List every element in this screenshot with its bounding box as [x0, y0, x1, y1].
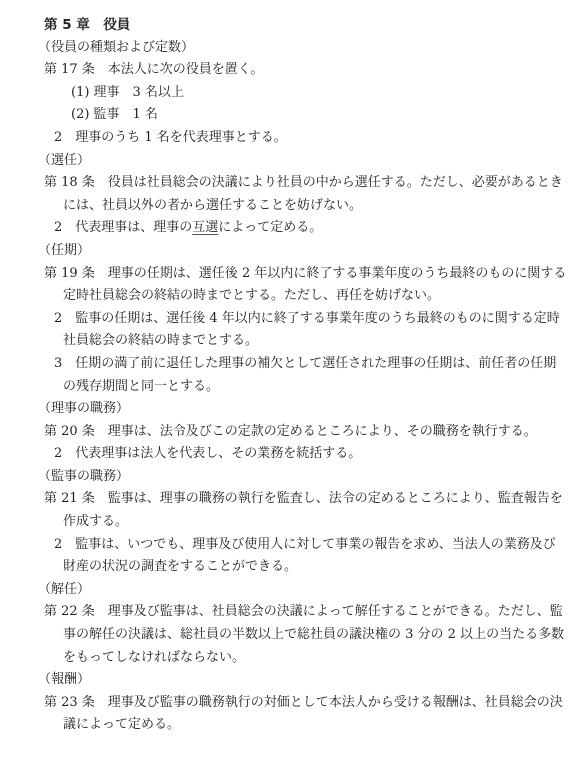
text-segment: 財産の状況の調査をすることができる。	[63, 559, 297, 574]
text-segment: 作成する。	[63, 514, 128, 529]
article-19-para-2-line-2: 社員総会の終結の時までとする。	[0, 330, 571, 353]
text-segment: 第 17 条 本法人に次の役員を置く。	[44, 62, 264, 77]
document-body: 第 5 章 役員（役員の種類および定数）第 17 条 本法人に次の役員を置く。(…	[0, 14, 571, 737]
text-segment: 第 21 条 監事は、理事の職務の執行を監査し、法令の定めるところにより、監査報…	[44, 491, 563, 506]
article-21-line-2: 作成する。	[0, 511, 571, 534]
text-segment: 第 22 条 理事及び監事は、社員総会の決議によって解任することができる。ただし…	[44, 604, 563, 619]
article-18-para-2: 2 代表理事は、理事の互選によって定める。	[0, 217, 571, 240]
text-segment: 3 任期の満了前に退任した理事の補欠として選任された理事の任期は、前任者の任期	[54, 356, 556, 371]
article-17-item-1: (1) 理事 3 名以上	[0, 82, 571, 105]
caption-auditor-duties: （監事の職務）	[0, 466, 571, 489]
text-segment: 第 20 条 理事は、法令及びこの定款の定めるところにより、その職務を執行する。	[44, 424, 537, 439]
article-22-line-2: 事の解任の決議は、総社員の半数以上で総社員の議決権の 3 分の 2 以上の当たる…	[0, 624, 571, 647]
article-17-item-2: (2) 監事 1 名	[0, 104, 571, 127]
text-segment: 2 監事の任期は、選任後 4 年以内に終了する事業年度のうち最終のものに関する定…	[54, 311, 560, 326]
article-22-line-1: 第 22 条 理事及び監事は、社員総会の決議によって解任することができる。ただし…	[0, 601, 571, 624]
article-22-line-3: をもってしなければならない。	[0, 647, 571, 670]
article-19-para-3-line-2: の残存期間と同一とする。	[0, 376, 571, 399]
text-segment: 2 監事は、いつでも、理事及び使用人に対して事業の報告を求め、当法人の業務及び	[54, 537, 556, 552]
article-23-line-2: 議によって定める。	[0, 714, 571, 737]
article-21-para-2-line-2: 財産の状況の調査をすることができる。	[0, 556, 571, 579]
caption-election: （選任）	[0, 150, 571, 173]
article-19-para-2-line-1: 2 監事の任期は、選任後 4 年以内に終了する事業年度のうち最終のものに関する定…	[0, 308, 571, 331]
text-segment: 議によって定める。	[63, 717, 180, 732]
text-segment: によって定める。	[218, 220, 322, 235]
text-segment: 2 代表理事は法人を代表し、その業務を統括する。	[54, 446, 361, 461]
text-segment: をもってしなければならない。	[63, 650, 245, 665]
text-segment: （理事の職務）	[38, 401, 129, 416]
text-segment: （解任）	[38, 582, 90, 597]
article-18-line-2: には、社員以外の者から選任することを妨げない。	[0, 195, 571, 218]
text-segment: 社員総会の終結の時までとする。	[63, 333, 258, 348]
article-21-para-2-line-1: 2 監事は、いつでも、理事及び使用人に対して事業の報告を求め、当法人の業務及び	[0, 534, 571, 557]
article-23-line-1: 第 23 条 理事及び監事の職務執行の対価として本法人から受ける報酬は、社員総会…	[0, 692, 571, 715]
text-segment: 事の解任の決議は、総社員の半数以上で総社員の議決権の 3 分の 2 以上の当たる…	[63, 627, 564, 642]
text-segment: 2 代表理事は、理事の	[54, 220, 192, 235]
caption-director-duties: （理事の職務）	[0, 398, 571, 421]
text-segment: 第 5 章 役員	[44, 17, 130, 33]
underlined-term: 互選	[192, 220, 218, 235]
text-segment: （役員の種類および定数）	[38, 40, 194, 55]
article-21-line-1: 第 21 条 監事は、理事の職務の執行を監査し、法令の定めるところにより、監査報…	[0, 488, 571, 511]
text-segment: (2) 監事 1 名	[71, 107, 158, 122]
article-20-para-2: 2 代表理事は法人を代表し、その業務を統括する。	[0, 443, 571, 466]
text-segment: 第 19 条 理事の任期は、選任後 2 年以内に終了する事業年度のうち最終のもの…	[44, 266, 566, 281]
caption-term: （任期）	[0, 240, 571, 263]
article-17-para-2: 2 理事のうち 1 名を代表理事とする。	[0, 127, 571, 150]
article-19-para-3-line-1: 3 任期の満了前に退任した理事の補欠として選任された理事の任期は、前任者の任期	[0, 353, 571, 376]
text-segment: (1) 理事 3 名以上	[71, 85, 184, 100]
text-segment: には、社員以外の者から選任することを妨げない。	[63, 198, 362, 213]
article-17-line-1: 第 17 条 本法人に次の役員を置く。	[0, 59, 571, 82]
text-segment: の残存期間と同一とする。	[63, 379, 219, 394]
document-page: 第 5 章 役員（役員の種類および定数）第 17 条 本法人に次の役員を置く。(…	[0, 0, 571, 766]
text-segment: （任期）	[38, 243, 90, 258]
text-segment: 定時社員総会の終結の時までとする。ただし、再任を妨げない。	[63, 288, 440, 303]
article-19-line-1: 第 19 条 理事の任期は、選任後 2 年以内に終了する事業年度のうち最終のもの…	[0, 263, 571, 286]
text-segment: （報酬）	[38, 672, 90, 687]
article-19-line-2: 定時社員総会の終結の時までとする。ただし、再任を妨げない。	[0, 285, 571, 308]
text-segment: 第 23 条 理事及び監事の職務執行の対価として本法人から受ける報酬は、社員総会…	[44, 695, 563, 710]
caption-remuneration: （報酬）	[0, 669, 571, 692]
text-segment: （選任）	[38, 153, 90, 168]
article-18-line-1: 第 18 条 役員は社員総会の決議により社員の中から選任する。ただし、必要がある…	[0, 172, 571, 195]
chapter-heading: 第 5 章 役員	[0, 14, 571, 37]
text-segment: 第 18 条 役員は社員総会の決議により社員の中から選任する。ただし、必要がある…	[44, 175, 563, 190]
text-segment: （監事の職務）	[38, 469, 129, 484]
caption-dismissal: （解任）	[0, 579, 571, 602]
caption-kinds-and-number: （役員の種類および定数）	[0, 37, 571, 60]
text-segment: 2 理事のうち 1 名を代表理事とする。	[54, 130, 287, 145]
article-20-line-1: 第 20 条 理事は、法令及びこの定款の定めるところにより、その職務を執行する。	[0, 421, 571, 444]
